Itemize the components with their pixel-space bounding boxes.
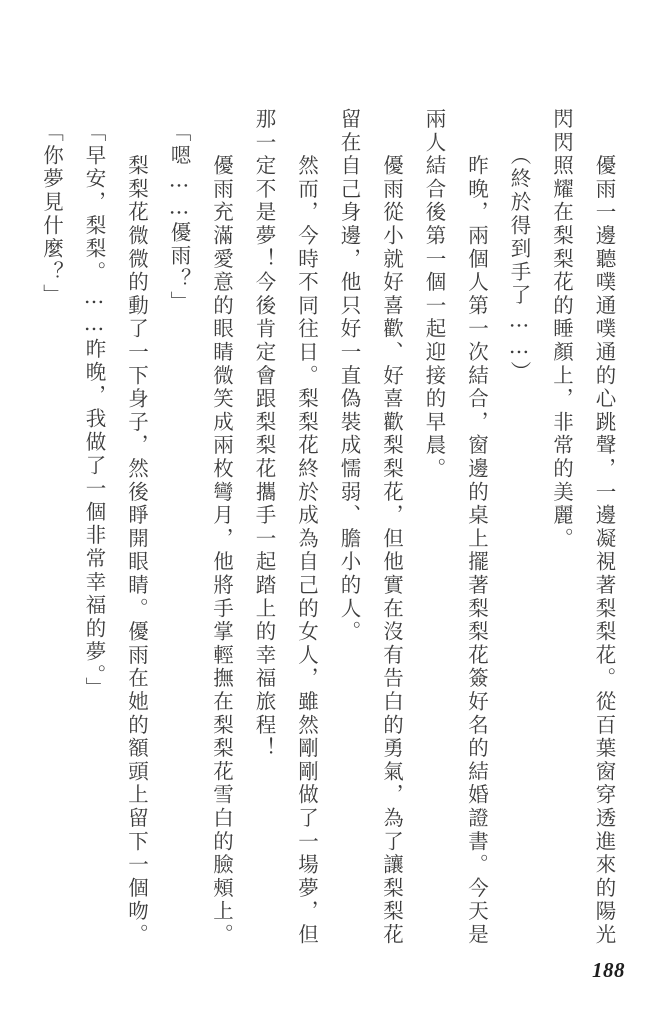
text-column-1: 優雨一邊聽噗通噗通的心跳聲，一邊凝視著梨梨花。從百葉窗穿透進來的陽光 bbox=[583, 108, 626, 938]
text-column-4: 昨晚，兩個人第一次結合，窗邊的桌上擺著梨梨花簽好名的結婚證書。今天是 bbox=[455, 108, 498, 938]
vertical-text-body: 優雨一邊聽噗通噗通的心跳聲，一邊凝視著梨梨花。從百葉窗穿透進來的陽光 閃閃照耀在… bbox=[25, 108, 625, 938]
page-number: 188 bbox=[592, 958, 625, 983]
text-column-3: （終於得到手了……） bbox=[498, 108, 541, 938]
text-column-5: 兩人結合後第一個一起迎接的早晨。 bbox=[413, 108, 456, 938]
book-page: 優雨一邊聽噗通噗通的心跳聲，一邊凝視著梨梨花。從百葉窗穿透進來的陽光 閃閃照耀在… bbox=[0, 0, 655, 1024]
text-column-13: 「早安，梨梨。……昨晚，我做了一個非常幸福的夢。」 bbox=[73, 108, 116, 938]
text-column-14: 「你夢見什麼？」 bbox=[30, 108, 73, 938]
text-column-7: 留在自己身邊，他只好一直偽裝成懦弱、膽小的人。 bbox=[328, 108, 371, 938]
text-column-11: 「嗯……優雨？」 bbox=[158, 108, 201, 938]
text-column-8: 然而，今時不同往日。梨梨花終於成為自己的女人，雖然剛剛做了一場夢，但 bbox=[285, 108, 328, 938]
text-column-10: 優雨充滿愛意的眼睛微笑成兩枚彎月，他將手掌輕撫在梨梨花雪白的臉頰上。 bbox=[200, 108, 243, 938]
text-column-9: 那一定不是夢！今後肯定會跟梨梨花攜手一起踏上的幸福旅程！ bbox=[243, 108, 286, 938]
text-column-2: 閃閃照耀在梨梨花的睡顏上，非常的美麗。 bbox=[540, 108, 583, 938]
text-column-6: 優雨從小就好喜歡、好喜歡梨梨花，但他實在沒有告白的勇氣，為了讓梨梨花 bbox=[370, 108, 413, 938]
text-column-12: 梨梨花微微的動了一下身子，然後睜開眼睛。優雨在她的額頭上留下一個吻。 bbox=[115, 108, 158, 938]
